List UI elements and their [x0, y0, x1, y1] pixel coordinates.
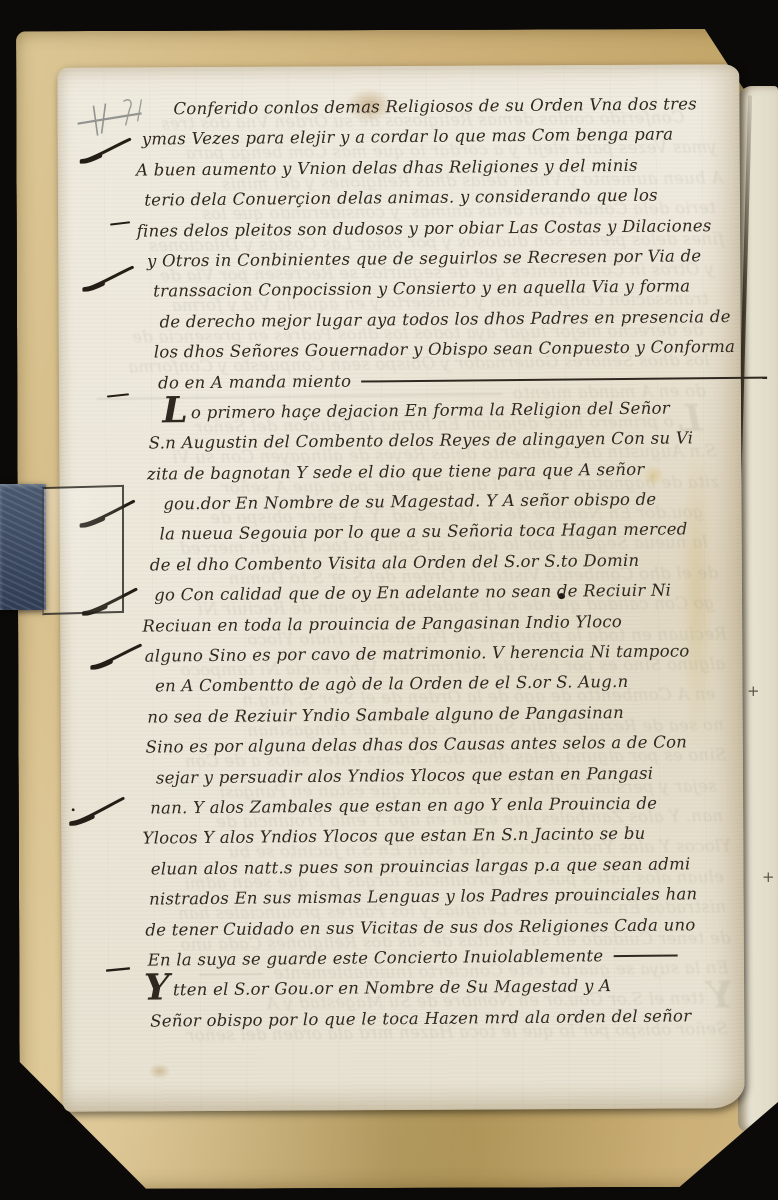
plus-mark: + [747, 682, 760, 700]
manuscript-line-text: tten el S.or Gou.or en Nombre de Su Mage… [173, 976, 612, 999]
illuminated-initial: L [162, 389, 188, 431]
manuscript-line: Señor obispo por lo que le toca Hazen mr… [150, 1001, 732, 1037]
manuscript-line-text: o primero haçe dejacion En forma la Reli… [191, 398, 670, 422]
manuscript-line: la nueua Segouia por lo que a su Señoria… [159, 514, 727, 550]
manuscript-page: Conferido conlos demas Religiosos de su … [57, 64, 744, 1112]
manuscript-photo: { "manuscript": { "description": "Aged h… [0, 0, 778, 1200]
plus-mark: + [762, 868, 775, 886]
margin-dash-icon [106, 965, 130, 973]
quill-flourish-icon [82, 265, 134, 291]
manuscript-text: Conferido conlos demas Religiosos de su … [135, 89, 732, 1037]
manuscript-line: Sino es por alguna delas dhas dos Causas… [145, 727, 729, 763]
manuscript-line: go Con calidad que de oy En adelante no … [154, 575, 728, 611]
manuscript-line: En la suya se guarde este Concierto Inui… [148, 940, 732, 976]
ink-rule [613, 954, 677, 957]
blue-book-weight-strip [0, 484, 46, 610]
manuscript-line-text: En la suya se guarde este Concierto Inui… [148, 946, 604, 969]
illuminated-initial: Y [144, 967, 170, 1009]
manuscript-line: terio dela Conuerçion delas animas. y co… [144, 180, 724, 216]
clear-acrylic-weight [42, 485, 124, 615]
stain [148, 1063, 170, 1079]
manuscript-line: alguno Sino es por cavo de matrimonio. V… [145, 636, 729, 672]
quill-flourish-icon [69, 795, 125, 825]
manuscript-line: los dhos Señores Gouernador y Obispo sea… [154, 332, 726, 368]
quill-flourish-icon [80, 137, 132, 163]
manuscript-line: nistrados En sus mismas Lenguas y los Pa… [149, 879, 731, 915]
quill-flourish-icon [90, 643, 142, 669]
margin-dash-icon [110, 219, 130, 227]
ink-rule [361, 376, 767, 382]
